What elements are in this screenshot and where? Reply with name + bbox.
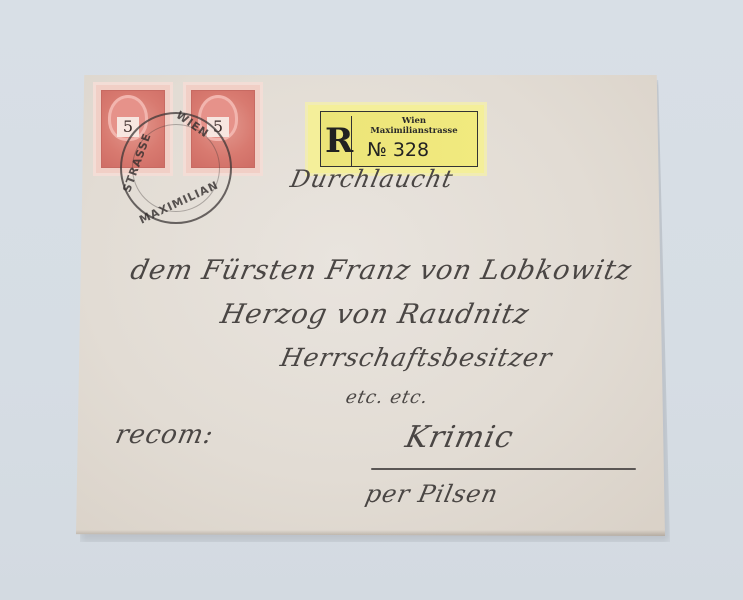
label-city: Wien: [353, 116, 475, 126]
address-line-2: Herzog von Raudnitz: [218, 299, 533, 330]
envelope: 5 5 WIEN STRASSE MAXIMILIAN R Wien Maxim…: [76, 75, 665, 536]
recommended-note: recom:: [113, 420, 217, 450]
city-underline: [371, 468, 636, 470]
label-number: № 328: [367, 139, 429, 161]
registration-label: R Wien Maximilianstrasse № 328: [308, 105, 484, 173]
destination-city: Krimic: [402, 420, 517, 455]
routing-note: per Pilsen: [363, 480, 501, 508]
address-line-3: Herrschaftsbesitzer: [278, 343, 555, 372]
postmark-cancel: WIEN STRASSE MAXIMILIAN: [120, 112, 232, 224]
label-office: Maximilianstrasse: [353, 126, 475, 136]
address-line-4: etc. etc.: [344, 387, 431, 408]
registered-letter: R: [325, 116, 352, 166]
address-line-1: dem Fürsten Franz von Lobkowitz: [128, 255, 635, 286]
salutation: Durchlaucht: [288, 165, 456, 193]
